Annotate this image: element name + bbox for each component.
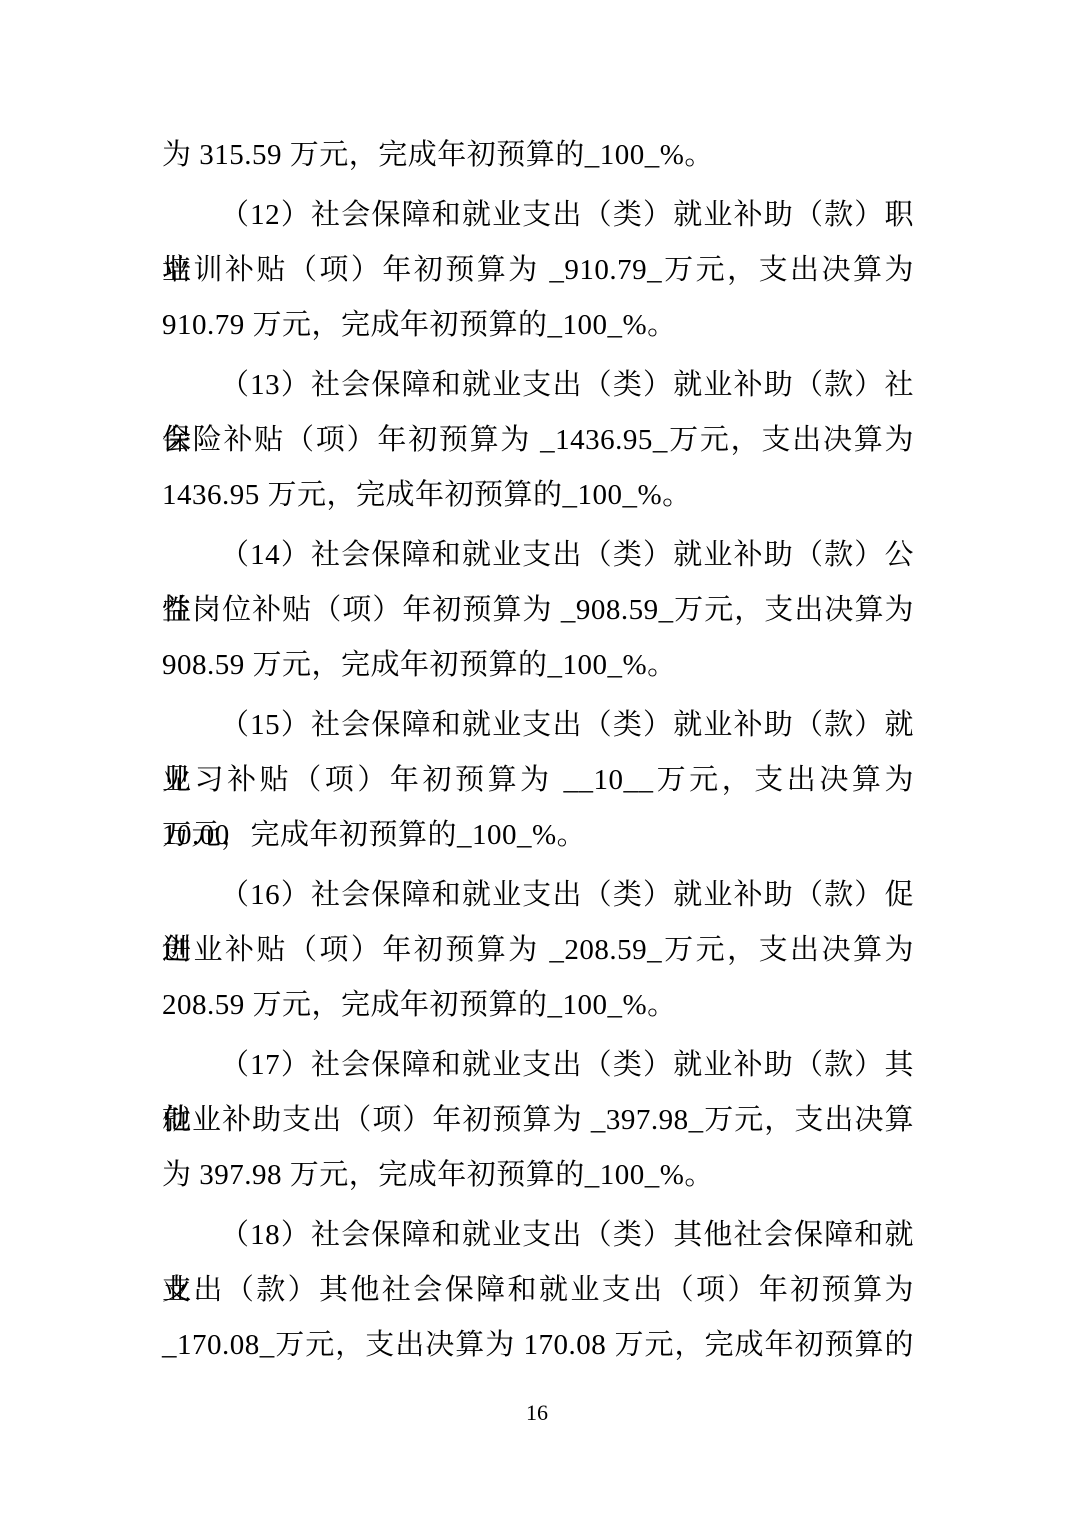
- text-line: 创业补贴（项）年初预算为 _208.59_万元，支出决算为: [162, 923, 914, 978]
- text-line: 万元，完成年初预算的_100_%。: [162, 808, 914, 863]
- text-line: 见习补贴（项）年初预算为 __10__万元，支出决算为 10.00: [162, 753, 914, 808]
- text-line: 908.59 万元，完成年初预算的_100_%。: [162, 638, 914, 693]
- text-line: 910.79 万元，完成年初预算的_100_%。: [162, 298, 914, 353]
- text-line: 性岗位补贴（项）年初预算为 _908.59_万元，支出决算为: [162, 583, 914, 638]
- text-line: （13）社会保障和就业支出（类）就业补助（款）社会: [162, 358, 914, 413]
- text-line: 为 397.98 万元，完成年初预算的_100_%。: [162, 1148, 914, 1203]
- text-line: 为 315.59 万元，完成年初预算的_100_%。: [162, 128, 914, 183]
- paragraph-17: （17）社会保障和就业支出（类）就业补助（款）其他 就业补助支出（项）年初预算为…: [162, 1038, 914, 1203]
- text-line: 就业补助支出（项）年初预算为 _397.98_万元，支出决算: [162, 1093, 914, 1148]
- paragraph-12: （12）社会保障和就业支出（类）就业补助（款）职业 培训补贴（项）年初预算为 _…: [162, 188, 914, 353]
- text-line: 保险补贴（项）年初预算为 _1436.95_万元，支出决算为: [162, 413, 914, 468]
- text-line: （17）社会保障和就业支出（类）就业补助（款）其他: [162, 1038, 914, 1093]
- text-line: （18）社会保障和就业支出（类）其他社会保障和就业: [162, 1208, 914, 1263]
- paragraph-16: （16）社会保障和就业支出（类）就业补助（款）促进 创业补贴（项）年初预算为 _…: [162, 868, 914, 1033]
- paragraph-15: （15）社会保障和就业支出（类）就业补助（款）就业 见习补贴（项）年初预算为 _…: [162, 698, 914, 863]
- text-line: _170.08_万元，支出决算为 170.08 万元，完成年初预算的: [162, 1318, 914, 1373]
- paragraph-13: （13）社会保障和就业支出（类）就业补助（款）社会 保险补贴（项）年初预算为 _…: [162, 358, 914, 523]
- page-number: 16: [526, 1400, 548, 1425]
- text-line: （12）社会保障和就业支出（类）就业补助（款）职业: [162, 188, 914, 243]
- text-line: 208.59 万元，完成年初预算的_100_%。: [162, 978, 914, 1033]
- document-page: 为 315.59 万元，完成年初预算的_100_%。 （12）社会保障和就业支出…: [0, 0, 1074, 1520]
- text-line: （14）社会保障和就业支出（类）就业补助（款）公益: [162, 528, 914, 583]
- paragraph-18: （18）社会保障和就业支出（类）其他社会保障和就业 支出（款）其他社会保障和就业…: [162, 1208, 914, 1373]
- page-body: 为 315.59 万元，完成年初预算的_100_%。 （12）社会保障和就业支出…: [162, 128, 914, 1378]
- page-footer: 16: [0, 1398, 1074, 1428]
- text-line: 1436.95 万元，完成年初预算的_100_%。: [162, 468, 914, 523]
- paragraph-14: （14）社会保障和就业支出（类）就业补助（款）公益 性岗位补贴（项）年初预算为 …: [162, 528, 914, 693]
- text-line: （15）社会保障和就业支出（类）就业补助（款）就业: [162, 698, 914, 753]
- text-line: （16）社会保障和就业支出（类）就业补助（款）促进: [162, 868, 914, 923]
- text-line: 支出（款）其他社会保障和就业支出（项）年初预算为: [162, 1263, 914, 1318]
- text-line: 培训补贴（项）年初预算为 _910.79_万元，支出决算为: [162, 243, 914, 298]
- paragraph-continuation: 为 315.59 万元，完成年初预算的_100_%。: [162, 128, 914, 183]
